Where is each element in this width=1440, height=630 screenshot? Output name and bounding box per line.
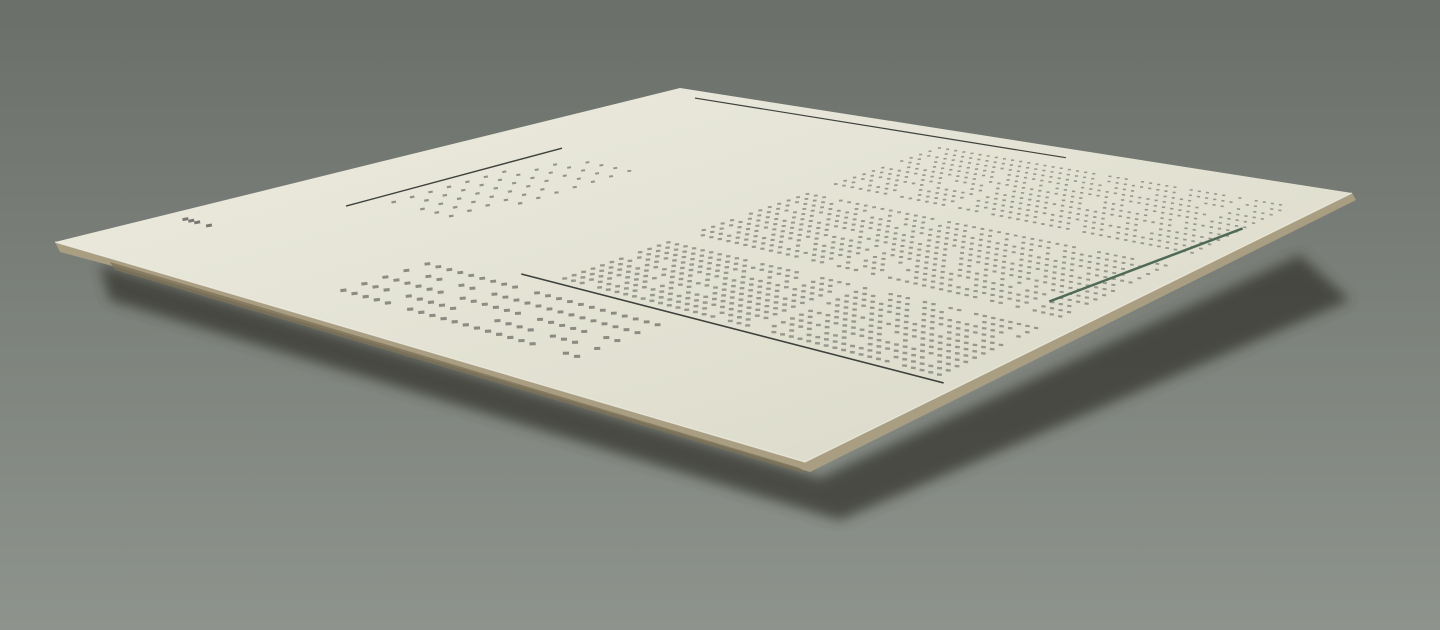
record-jacket-photo xyxy=(0,0,1440,630)
